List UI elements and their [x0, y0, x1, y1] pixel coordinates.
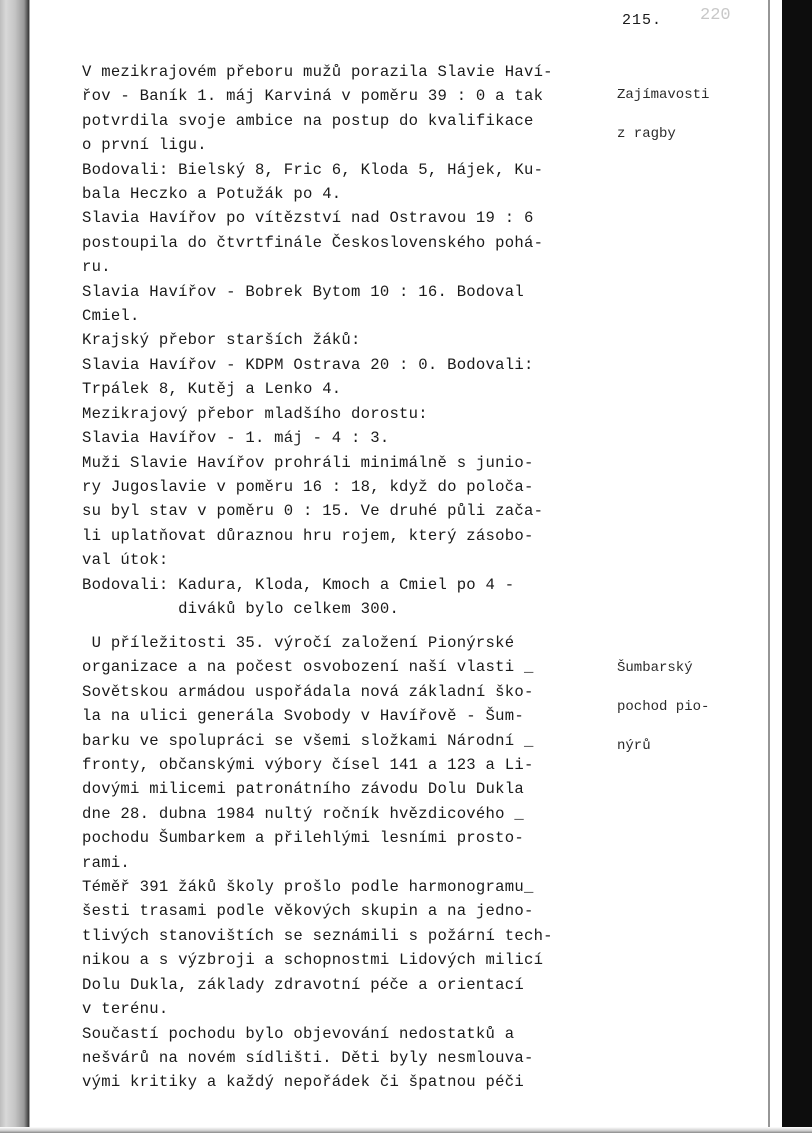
text-line: nikou a s výzbroji a schopnostmi Lidovýc…: [82, 948, 602, 972]
text-line: diváků bylo celkem 300.: [82, 597, 602, 621]
text-line: Cmiel.: [82, 304, 602, 328]
text-line: Slavia Havířov - 1. máj - 4 : 3.: [82, 426, 602, 450]
margin-note-pioneer-march: Šumbarský pochod pio- nýrů: [617, 636, 747, 766]
text-line: barku ve spolupráci se všemi složkami Ná…: [82, 729, 602, 753]
text-line: V mezikrajovém přeboru mužů porazila Sla…: [82, 60, 602, 84]
text-line: řov - Baník 1. máj Karviná v poměru 39 :…: [82, 84, 602, 108]
section-pioneer-march: U příležitosti 35. výročí založení Pioný…: [82, 631, 602, 1095]
text-line: li uplatňovat důraznou hru rojem, který …: [82, 524, 602, 548]
scan-bottom-edge: [0, 1127, 812, 1133]
text-line: dovými milicemi patronátního závodu Dolu…: [82, 777, 602, 801]
text-line: Slavia Havířov - Bobrek Bytom 10 : 16. B…: [82, 280, 602, 304]
text-line: Bodovali: Bielský 8, Fric 6, Kloda 5, Há…: [82, 158, 602, 182]
text-line: su byl stav v poměru 0 : 15. Ve druhé pů…: [82, 499, 602, 523]
page-number: 215.: [622, 12, 662, 29]
text-line: organizace a na počest osvobození naší v…: [82, 655, 602, 679]
text-line: Dolu Dukla, základy zdravotní péče a ori…: [82, 973, 602, 997]
text-line: dne 28. dubna 1984 nultý ročník hvězdico…: [82, 802, 602, 826]
text-line: Trpálek 8, Kutěj a Lenko 4.: [82, 377, 602, 401]
margin-note-line: z ragby: [617, 128, 747, 141]
text-line: pochodu Šumbarkem a přilehlými lesními p…: [82, 826, 602, 850]
text-line: nešvárů na novém sídlišti. Děti byly nes…: [82, 1046, 602, 1070]
text-line: U příležitosti 35. výročí založení Pioný…: [82, 631, 602, 655]
text-line: Mezikrajový přebor mladšího dorostu:: [82, 402, 602, 426]
text-line: rami.: [82, 851, 602, 875]
text-line: Součastí pochodu bylo objevování nedosta…: [82, 1022, 602, 1046]
text-line: ry Jugoslavie v poměru 16 : 18, když do …: [82, 475, 602, 499]
text-line: postoupila do čtvrtfinále Československé…: [82, 231, 602, 255]
text-line: o první ligu.: [82, 133, 602, 157]
text-line: potvrdila svoje ambice na postup do kval…: [82, 109, 602, 133]
text-line: vými kritiky a každý nepořádek či špatno…: [82, 1070, 602, 1094]
text-line: Krajský přebor starších žáků:: [82, 328, 602, 352]
text-line: šesti trasami podle věkových skupin a na…: [82, 899, 602, 923]
scan-right-band: [782, 0, 812, 1133]
margin-note-rugby: Zajímavosti z ragby: [617, 63, 747, 154]
text-line: Sovětskou armádou uspořádala nová základ…: [82, 680, 602, 704]
scan-left-edge: [0, 0, 30, 1133]
text-line: bala Heczko a Potužák po 4.: [82, 182, 602, 206]
section-rugby: V mezikrajovém přeboru mužů porazila Sla…: [82, 60, 602, 621]
text-line: la na ulici generála Svobody v Havířově …: [82, 704, 602, 728]
margin-note-line: Zajímavosti: [617, 89, 747, 102]
text-line: Muži Slavie Havířov prohráli minimálně s…: [82, 451, 602, 475]
text-line: Téměř 391 žáků školy prošlo podle harmon…: [82, 875, 602, 899]
archive-stamp: 220: [700, 6, 731, 25]
margin-note-line: Šumbarský: [617, 662, 747, 675]
margin-note-line: pochod pio-: [617, 701, 747, 714]
margin-note-line: nýrů: [617, 740, 747, 753]
text-line: Bodovali: Kadura, Kloda, Kmoch a Cmiel p…: [82, 573, 602, 597]
text-line: fronty, občanskými výbory čísel 141 a 12…: [82, 753, 602, 777]
scan-right-line: [768, 0, 770, 1133]
text-line: ru.: [82, 255, 602, 279]
text-line: tlivých stanovištích se seznámili s požá…: [82, 924, 602, 948]
text-line: v terénu.: [82, 997, 602, 1021]
text-line: val útok:: [82, 548, 602, 572]
text-line: Slavia Havířov po vítězství nad Ostravou…: [82, 206, 602, 230]
text-line: Slavia Havířov - KDPM Ostrava 20 : 0. Bo…: [82, 353, 602, 377]
